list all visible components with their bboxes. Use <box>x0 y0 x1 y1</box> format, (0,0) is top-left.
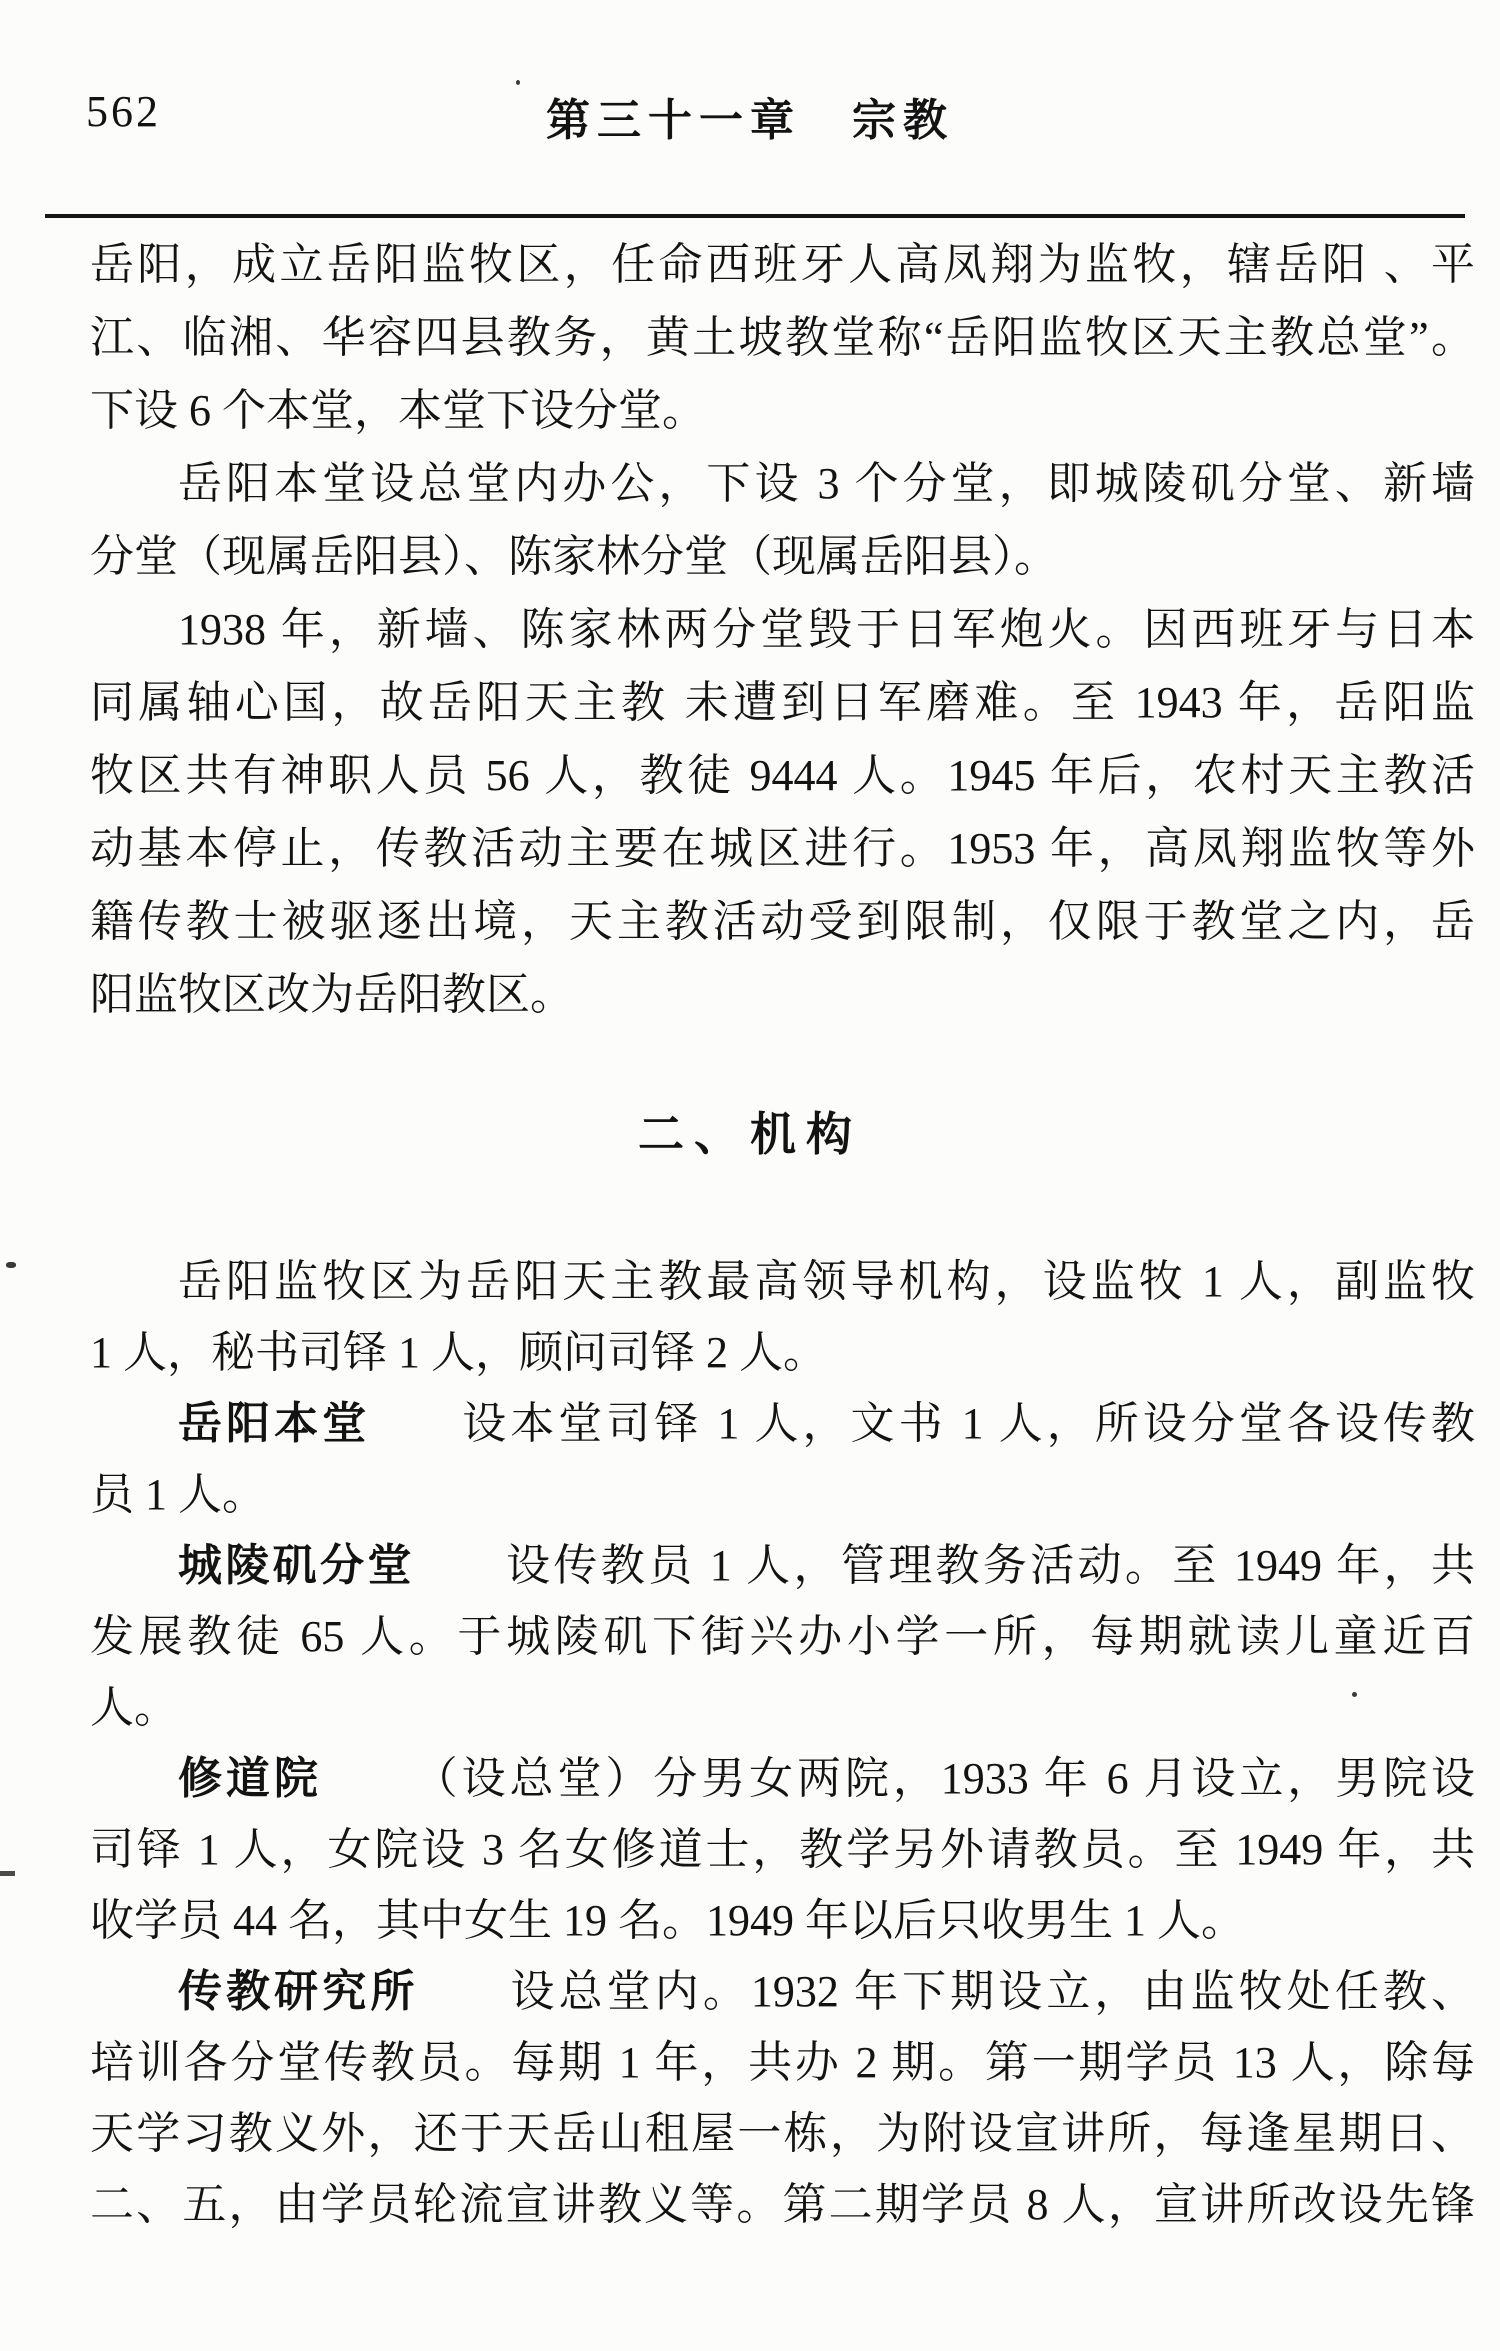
text-line: 1938 年，新墙、陈家林两分堂毁于日军炮火。因西班牙与日本 <box>90 593 1475 666</box>
line-text: 设本堂司铎 1 人，文书 1 人，所设分堂各设传教 <box>458 1399 1475 1448</box>
text-line: 天学习教义外，还于天岳山租屋一栋，为附设宣讲所，每逢星期日、 <box>90 2098 1475 2169</box>
chapter-header: 第三十一章 宗教 <box>0 84 1500 148</box>
term-label: 岳阳本堂 <box>178 1399 370 1448</box>
text-line: 修道院（设总堂）分男女两院，1933 年 6 月设立，男院设 <box>90 1743 1475 1814</box>
book-page: 562 第三十一章 宗教 岳阳，成立岳阳监牧区，任命西班牙人高凤翔为监牧，辖岳阳… <box>0 0 1500 2351</box>
text-line: 籍传教士被驱逐出境，天主教活动受到限制，仅限于教堂之内，岳 <box>90 885 1475 958</box>
text-line: 1 人，秘书司铎 1 人，顾问司铎 2 人。 <box>90 1317 1475 1388</box>
text-line: 岳阳，成立岳阳监牧区，任命西班牙人高凤翔为监牧，辖岳阳 、平 <box>90 228 1475 301</box>
text-line: 城陵矶分堂设传教员 1 人，管理教务活动。至 1949 年，共 <box>90 1530 1475 1601</box>
text-line: 人。 <box>90 1672 1475 1743</box>
header-rule <box>45 214 1465 218</box>
line-text: 设传教员 1 人，管理教务活动。至 1949 年，共 <box>503 1541 1475 1590</box>
scan-speck <box>6 1262 16 1268</box>
text-line: 分堂（现属岳阳县）、陈家林分堂（现属岳阳县）。 <box>90 520 1475 593</box>
text-line: 江、临湘、华容四县教务，黄土坡教堂称“岳阳监牧区天主教总堂”。 <box>90 301 1475 374</box>
text-line: 岳阳监牧区为岳阳天主教最高领导机构，设监牧 1 人，副监牧 <box>90 1246 1475 1317</box>
text-line: 牧区共有神职人员 56 人，教徒 9444 人。1945 年后，农村天主教活 <box>90 739 1475 812</box>
text-line: 动基本停止，传教活动主要在城区进行。1953 年，高凤翔监牧等外 <box>90 812 1475 885</box>
scan-speck <box>1352 1692 1357 1697</box>
text-line: 阳监牧区改为岳阳教区。 <box>90 958 1475 1031</box>
term-label: 传教研究所 <box>178 1967 418 2016</box>
term-label: 城陵矶分堂 <box>178 1541 415 1590</box>
term-label: 修道院 <box>178 1754 322 1803</box>
text-line: 员 1 人。 <box>90 1459 1475 1530</box>
section-heading: 二、机构 <box>0 1098 1500 1164</box>
scan-speck <box>334 332 339 337</box>
text-line: 下设 6 个本堂，本堂下设分堂。 <box>90 374 1475 447</box>
paragraph-block-1: 岳阳，成立岳阳监牧区，任命西班牙人高凤翔为监牧，辖岳阳 、平江、临湘、华容四县教… <box>90 228 1475 1031</box>
line-text: 设总堂内。1932 年下期设立，由监牧处任教、 <box>506 1967 1475 2016</box>
text-line: 收学员 44 名，其中女生 19 名。1949 年以后只收男生 1 人。 <box>90 1885 1475 1956</box>
line-text: （设总堂）分男女两院，1933 年 6 月设立，男院设 <box>410 1754 1475 1803</box>
text-line: 岳阳本堂设总堂内办公，下设 3 个分堂，即城陵矶分堂、新墙 <box>90 447 1475 520</box>
text-line: 司铎 1 人，女院设 3 名女修道士，教学另外请教员。至 1949 年，共 <box>90 1814 1475 1885</box>
scan-speck <box>516 80 520 85</box>
text-line: 岳阳本堂设本堂司铎 1 人，文书 1 人，所设分堂各设传教 <box>90 1388 1475 1459</box>
text-line: 培训各分堂传教员。每期 1 年，共办 2 期。第一期学员 13 人，除每 <box>90 2027 1475 2098</box>
paragraph-block-2: 岳阳监牧区为岳阳天主教最高领导机构，设监牧 1 人，副监牧1 人，秘书司铎 1 … <box>90 1246 1475 2240</box>
margin-mark <box>0 1871 15 1876</box>
text-line: 二、五，由学员轮流宣讲教义等。第二期学员 8 人，宣讲所改设先锋 <box>90 2169 1475 2240</box>
text-line: 同属轴心国，故岳阳天主教 未遭到日军磨难。至 1943 年，岳阳监 <box>90 666 1475 739</box>
text-line: 传教研究所设总堂内。1932 年下期设立，由监牧处任教、 <box>90 1956 1475 2027</box>
text-line: 发展教徒 65 人。于城陵矶下街兴办小学一所，每期就读儿童近百 <box>90 1601 1475 1672</box>
